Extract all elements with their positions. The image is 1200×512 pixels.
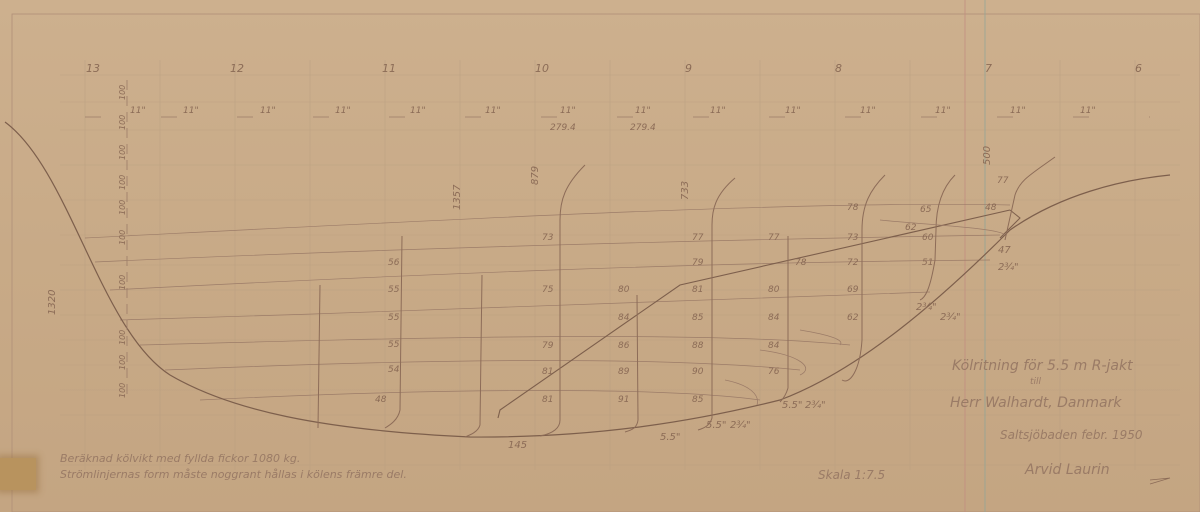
svg-text:100: 100: [118, 355, 127, 370]
svg-text:75: 75: [542, 285, 554, 295]
svg-text:145: 145: [508, 440, 527, 451]
svg-text:80: 80: [618, 285, 630, 295]
title-line4: Saltsjöbaden febr. 1950: [1000, 428, 1143, 442]
svg-text:81: 81: [692, 285, 703, 295]
svg-text:55: 55: [388, 313, 400, 323]
svg-text:11": 11": [860, 106, 876, 116]
svg-text:89: 89: [618, 367, 630, 377]
keel-drawing-sheet: 13 12 11 10 9 8 7 6 11" 11" 11" 11" 11" …: [0, 0, 1200, 512]
svg-text:73: 73: [542, 233, 554, 243]
svg-text:5.5": 5.5": [706, 420, 727, 431]
svg-text:62: 62: [847, 313, 859, 323]
svg-text:55: 55: [388, 285, 400, 295]
svg-text:62: 62: [905, 223, 917, 233]
dimension-labels: 1320 1357 879 733 500 145 5.5" 5.5" 5.5"…: [47, 146, 1019, 451]
svg-text:84: 84: [618, 313, 630, 323]
svg-text:279.4: 279.4: [550, 123, 576, 133]
svg-text:86: 86: [618, 341, 630, 351]
svg-text:2¾": 2¾": [940, 312, 961, 323]
svg-text:5.5": 5.5": [660, 432, 681, 443]
svg-text:11: 11: [382, 62, 396, 75]
svg-text:11": 11": [260, 106, 276, 116]
svg-text:12: 12: [230, 62, 244, 75]
svg-text:100: 100: [118, 85, 127, 100]
svg-text:279.4: 279.4: [630, 123, 656, 133]
svg-text:11": 11": [335, 106, 351, 116]
svg-text:54: 54: [388, 365, 400, 375]
svg-text:100: 100: [118, 200, 127, 215]
svg-text:100: 100: [118, 145, 127, 160]
svg-text:5.5": 5.5": [782, 400, 803, 411]
svg-text:79: 79: [692, 258, 704, 268]
scale-label: Skala 1:7.5: [818, 468, 885, 482]
tape-stain: [0, 458, 36, 490]
signature: Arvid Laurin: [1025, 462, 1110, 478]
svg-text:11": 11": [710, 106, 726, 116]
svg-text:733: 733: [680, 181, 691, 200]
svg-text:1357: 1357: [452, 184, 463, 210]
svg-text:11": 11": [183, 106, 199, 116]
svg-text:47: 47: [998, 245, 1011, 256]
svg-text:13: 13: [86, 62, 100, 75]
svg-text:77: 77: [692, 233, 704, 243]
svg-text:9: 9: [685, 62, 692, 75]
svg-text:72: 72: [847, 258, 859, 268]
svg-text:100: 100: [118, 330, 127, 345]
station-numbers: 13 12 11 10 9 8 7 6: [86, 62, 1142, 75]
svg-text:88: 88: [692, 341, 704, 351]
svg-text:78: 78: [795, 258, 807, 268]
svg-text:11": 11": [1080, 106, 1096, 116]
title-line1: Kölritning för 5.5 m R-jakt: [952, 358, 1133, 374]
svg-text:6: 6: [1135, 62, 1142, 75]
svg-text:1320: 1320: [47, 290, 58, 315]
signature-underline: [1150, 478, 1170, 484]
svg-text:84: 84: [768, 313, 780, 323]
svg-text:51: 51: [922, 258, 933, 268]
svg-text:81: 81: [542, 395, 553, 405]
svg-text:10: 10: [535, 62, 549, 75]
svg-text:48: 48: [375, 395, 387, 405]
svg-text:100: 100: [118, 230, 127, 245]
svg-text:48: 48: [985, 203, 997, 213]
svg-text:879: 879: [530, 166, 541, 185]
svg-text:11": 11": [635, 106, 651, 116]
svg-text:80: 80: [768, 285, 780, 295]
svg-text:85: 85: [692, 395, 704, 405]
svg-text:100: 100: [118, 175, 127, 190]
svg-text:81: 81: [542, 367, 553, 377]
svg-text:84: 84: [768, 341, 780, 351]
svg-text:2¾": 2¾": [730, 420, 751, 431]
svg-text:90: 90: [692, 367, 704, 377]
note-streamline: Strömlinjernas form måste noggrant hålla…: [60, 468, 407, 481]
svg-text:11": 11": [560, 106, 576, 116]
svg-text:79: 79: [542, 341, 554, 351]
svg-text:7: 7: [985, 62, 992, 75]
svg-text:11": 11": [485, 106, 501, 116]
title-line3: Herr Walhardt, Danmark: [950, 395, 1121, 411]
svg-text:65: 65: [920, 205, 932, 215]
svg-text:76: 76: [768, 367, 780, 377]
svg-text:56: 56: [388, 258, 400, 268]
svg-text:11": 11": [935, 106, 951, 116]
svg-text:91: 91: [618, 395, 629, 405]
svg-text:60: 60: [922, 233, 934, 243]
svg-text:77: 77: [768, 233, 780, 243]
svg-text:11": 11": [785, 106, 801, 116]
svg-text:100: 100: [118, 115, 127, 130]
svg-text:100: 100: [118, 383, 127, 398]
svg-text:8: 8: [835, 62, 842, 75]
svg-text:11": 11": [130, 106, 146, 116]
section-offset-numbers: 56 55 55 55 54 48 73 75 79 81 81 80 84 8…: [375, 176, 1009, 405]
svg-text:55: 55: [388, 340, 400, 350]
svg-text:78: 78: [847, 203, 859, 213]
svg-text:2¾": 2¾": [805, 400, 826, 411]
svg-text:11": 11": [410, 106, 426, 116]
svg-text:73: 73: [847, 233, 859, 243]
svg-text:2¾": 2¾": [998, 262, 1019, 273]
svg-text:85: 85: [692, 313, 704, 323]
title-line2: till: [1030, 377, 1041, 387]
note-weight: Beräknad kölvikt med fyllda fickor 1080 …: [60, 452, 300, 465]
svg-text:500: 500: [982, 146, 993, 165]
svg-text:100: 100: [118, 275, 127, 290]
vertical-spacing-labels: 100 100 100 100 100 100 100 100 100 100: [118, 85, 127, 398]
svg-text:69: 69: [847, 285, 859, 295]
station-spacing-labels: 11" 11" 11" 11" 11" 11" 11" 11" 11" 11" …: [130, 106, 1096, 133]
svg-text:11": 11": [1010, 106, 1026, 116]
svg-text:77: 77: [997, 176, 1009, 186]
svg-text:2¾": 2¾": [916, 302, 937, 313]
